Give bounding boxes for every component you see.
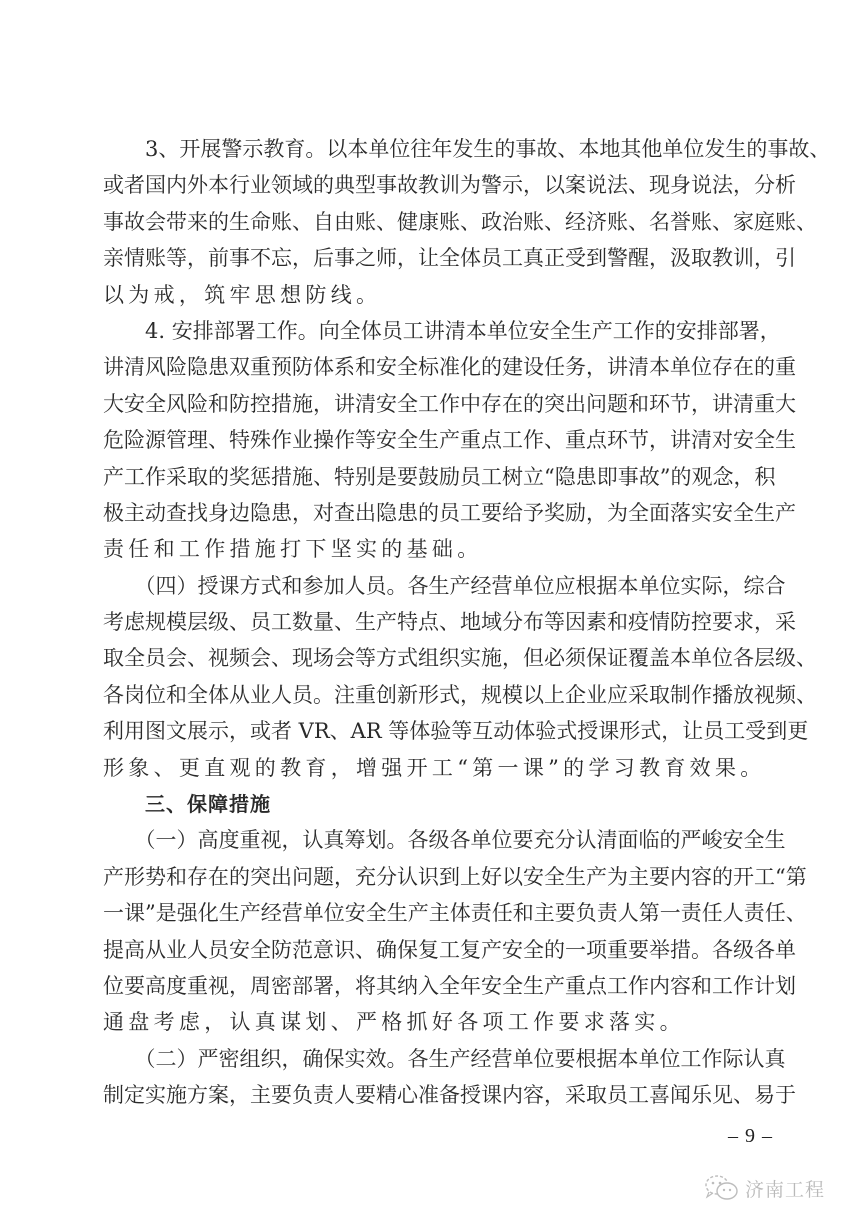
text-line: 讲清风险隐患双重预防体系和安全标准化的建设任务，讲清本单位存在的重 [103, 349, 767, 385]
text-line: 4. 安排部署工作。向全体员工讲清本单位安全生产工作的安排部署， [103, 313, 767, 349]
text-line: （二）严密组织，确保实效。各生产经营单位要根据本单位工作际认真 [103, 1041, 767, 1077]
text-line: 以为戒，筑牢思想防线。 [103, 277, 767, 313]
document-body: 3、开展警示教育。以本单位往年发生的事故、本地其他单位发生的事故、或者国内外本行… [103, 131, 767, 1114]
page-number: – 9 – [728, 1125, 773, 1148]
text-line: 一课”是强化生产经营单位安全生产主体责任和主要负责人第一责任人责任、 [103, 895, 767, 931]
text-line: 位要高度重视，周密部署，将其纳入全年安全生产重点工作内容和工作计划 [103, 968, 767, 1004]
text-line: 极主动查找身边隐患，对查出隐患的员工要给予奖励，为全面落实安全生产 [103, 495, 767, 531]
watermark: 济南工程 [703, 1173, 825, 1203]
text-line: 取全员会、视频会、现场会等方式组织实施，但必须保证覆盖本单位各层级、 [103, 640, 767, 676]
text-line: 亲情账等，前事不忘，后事之师，让全体员工真正受到警醒，汲取教训，引 [103, 240, 767, 276]
text-line: 制定实施方案，主要负责人要精心准备授课内容，采取员工喜闻乐见、易于 [103, 1077, 767, 1113]
text-line: 考虑规模层级、员工数量、生产特点、地域分布等因素和疫情防控要求，采 [103, 604, 767, 640]
wechat-icon [703, 1173, 741, 1203]
text-line: （一）高度重视，认真筹划。各级各单位要充分认清面临的严峻安全生 [103, 822, 767, 858]
text-line: 3、开展警示教育。以本单位往年发生的事故、本地其他单位发生的事故、 [103, 131, 767, 167]
text-line: 危险源管理、特殊作业操作等安全生产重点工作、重点环节，讲清对安全生 [103, 422, 767, 458]
text-line: （四）授课方式和参加人员。各生产经营单位应根据本单位实际，综合 [103, 568, 767, 604]
text-line: 产形势和存在的突出问题，充分认识到上好以安全生产为主要内容的开工“第 [103, 859, 767, 895]
text-line: 产工作采取的奖惩措施、特别是要鼓励员工树立“隐患即事故”的观念，积 [103, 459, 767, 495]
text-line: 利用图文展示，或者 VR、AR 等体验等互动体验式授课形式，让员工受到更 [103, 713, 767, 749]
text-line: 责任和工作措施打下坚实的基础。 [103, 531, 767, 567]
text-line: 各岗位和全体从业人员。注重创新形式，规模以上企业应采取制作播放视频、 [103, 677, 767, 713]
text-line: 事故会带来的生命账、自由账、健康账、政治账、经济账、名誉账、家庭账、 [103, 204, 767, 240]
text-line: 或者国内外本行业领域的典型事故教训为警示，以案说法、现身说法，分析 [103, 167, 767, 203]
text-line: 通盘考虑，认真谋划、严格抓好各项工作要求落实。 [103, 1004, 767, 1040]
text-line: 形象、更直观的教育，增强开工“第一课”的学习教育效果。 [103, 750, 767, 786]
watermark-label: 济南工程 [745, 1175, 825, 1202]
document-page: 3、开展警示教育。以本单位往年发生的事故、本地其他单位发生的事故、或者国内外本行… [0, 0, 856, 1225]
text-line: 大安全风险和防控措施，讲清安全工作中存在的突出问题和环节，讲清重大 [103, 386, 767, 422]
text-line: 提高从业人员安全防范意识、确保复工复产安全的一项重要举措。各级各单 [103, 932, 767, 968]
section-heading: 三、保障措施 [103, 786, 767, 822]
